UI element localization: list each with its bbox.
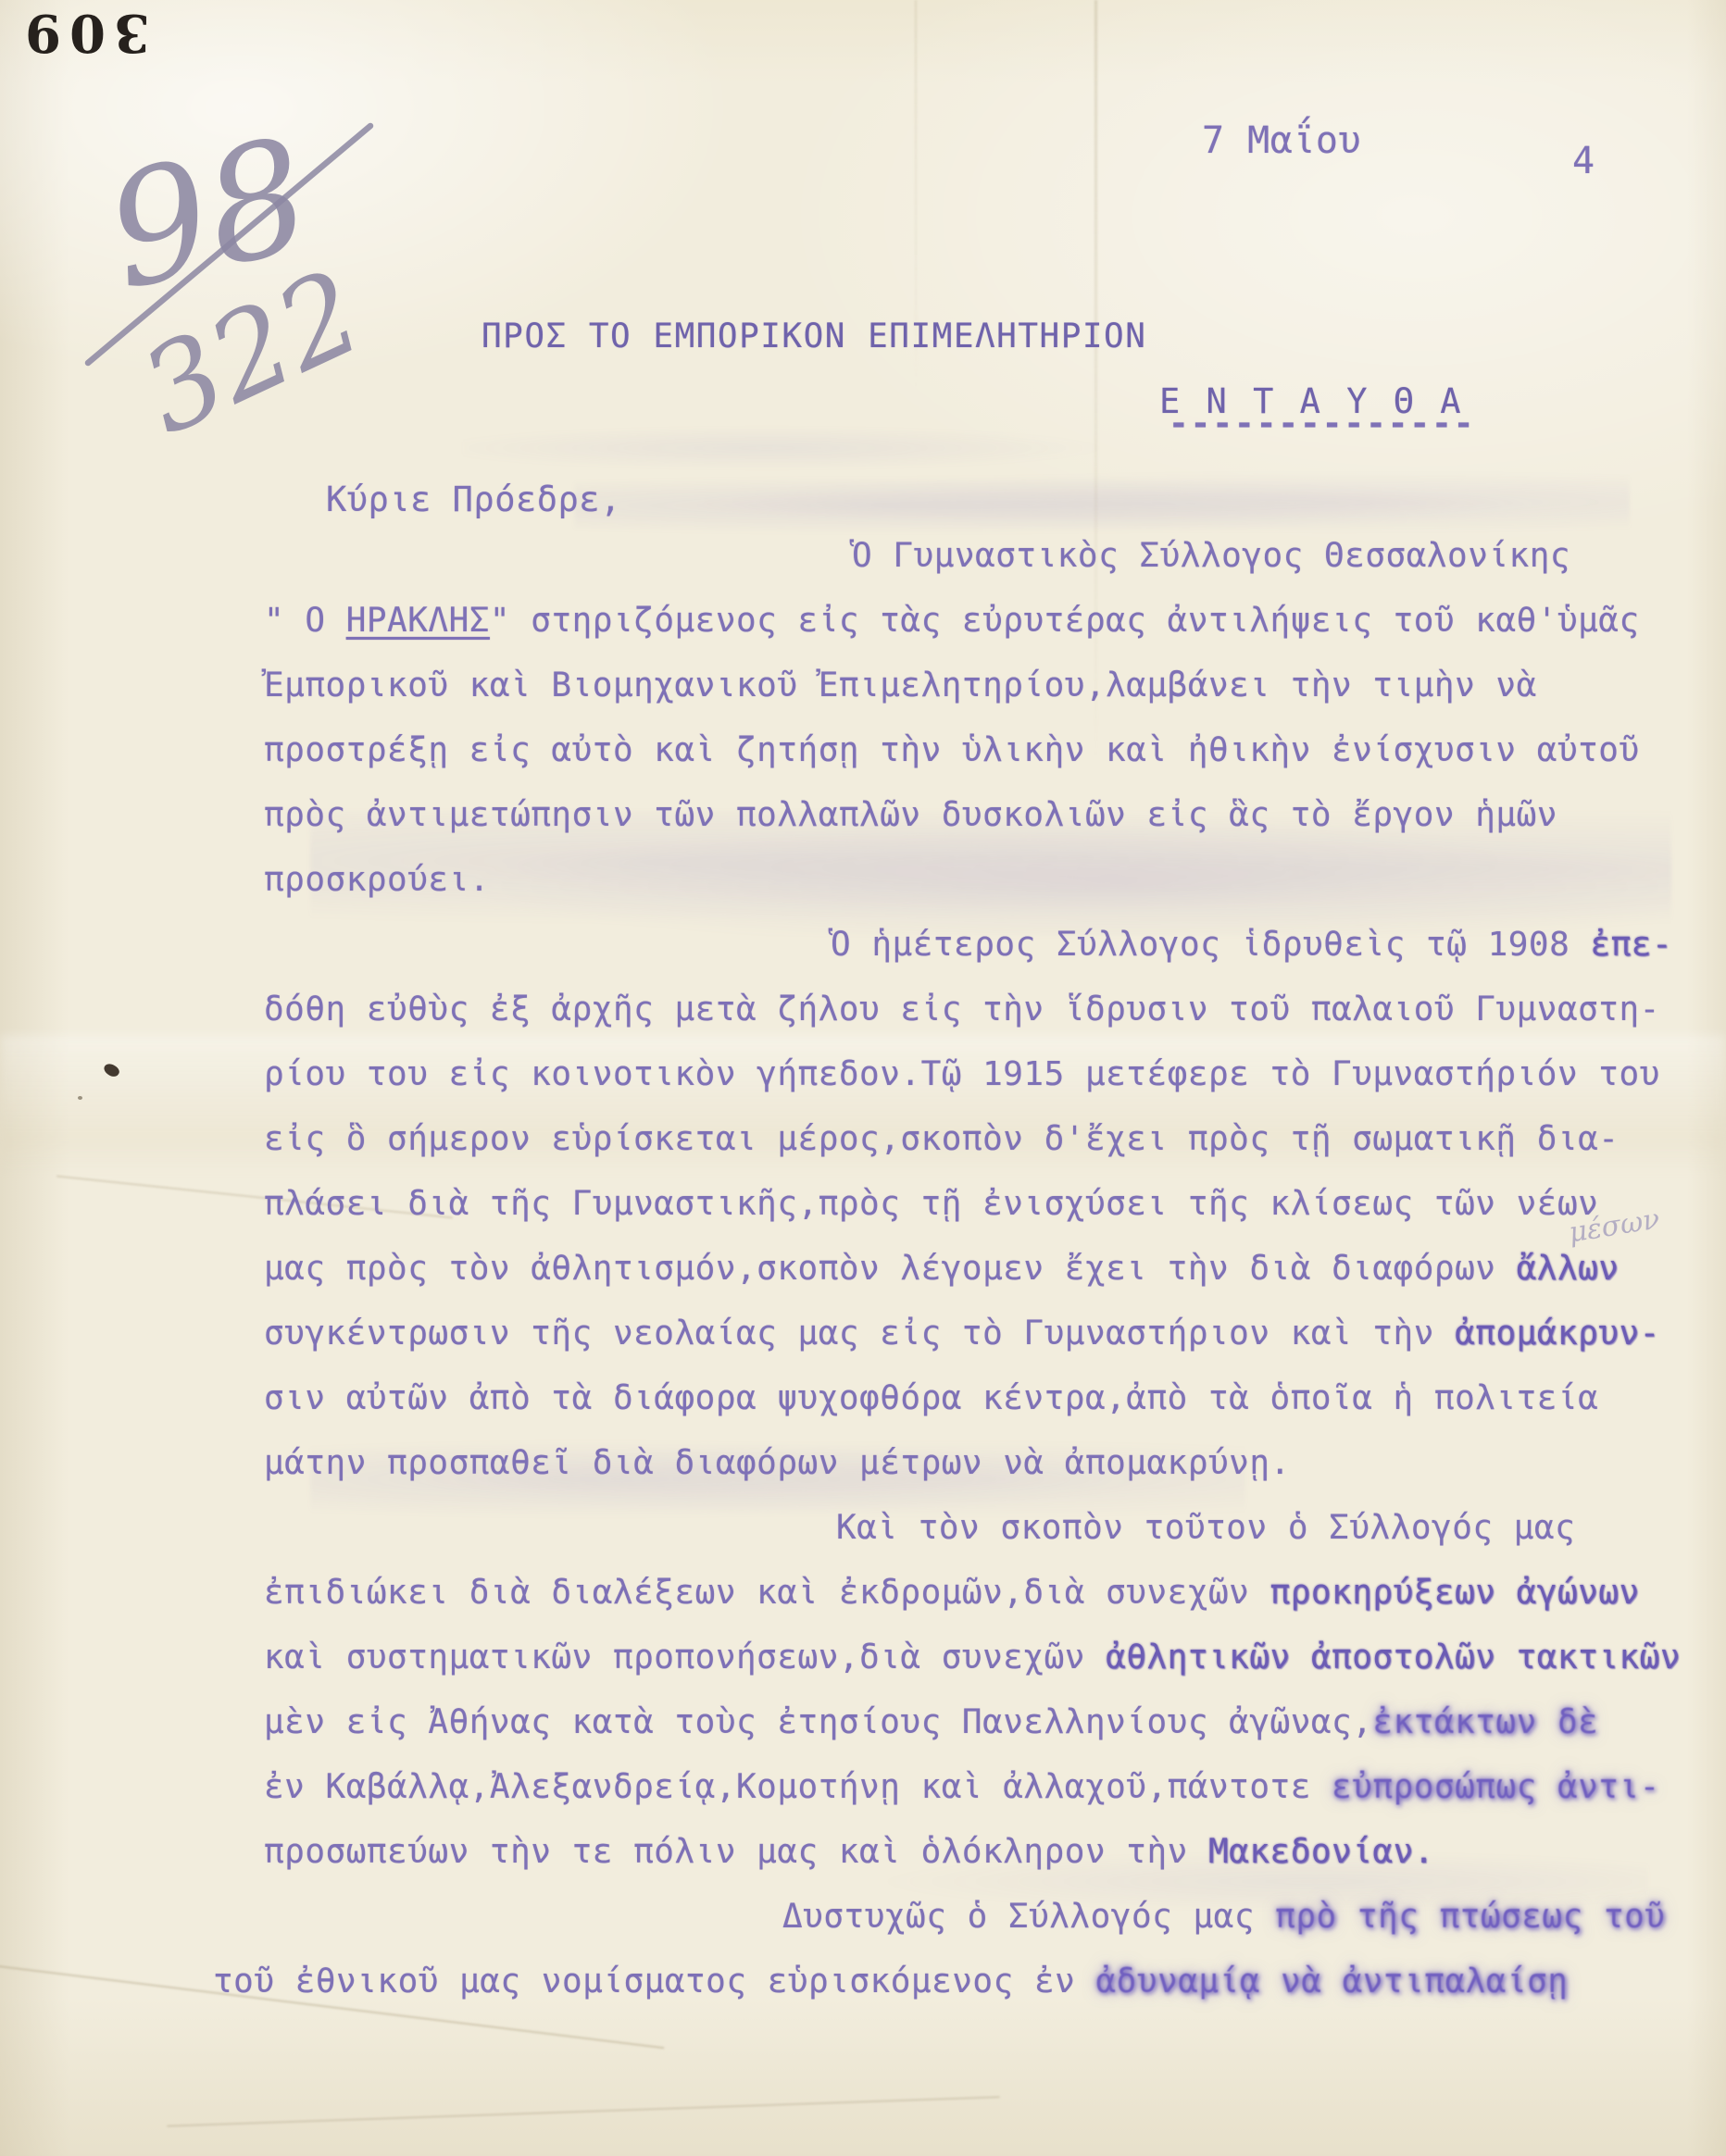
typed-segment: ἀθλητικῶν ἀποστολῶν τακτικῶν: [1106, 1639, 1681, 1676]
typed-segment: προσωπεύων τὴν τε πόλιν μας καὶ ὁλόκληρο…: [264, 1833, 1208, 1871]
date-line: 7 Μαΐου: [1202, 118, 1361, 163]
handwritten-reference: 98 322: [51, 83, 403, 454]
typed-segment: μὲν εἰς Ἀθήνας κατὰ τοὺς ἐτησίους Πανελλ…: [264, 1703, 1372, 1741]
typed-segment: προσκρούει.: [264, 861, 490, 899]
typed-segment: πρὸ τῆς πτώσεως τοῦ: [1275, 1898, 1665, 1936]
typed-line: Ἐμπορικοῦ καὶ Βιομηχανικοῦ Ἐπιμελητηρίου…: [264, 654, 1695, 718]
archive-number-stamp: 309: [17, 4, 150, 61]
typed-segment: Ἐμπορικοῦ καὶ Βιομηχανικοῦ Ἐπιμελητηρίου…: [264, 667, 1537, 704]
typed-line: προστρέξῃ εἰς αὐτὸ καὶ ζητήσῃ τὴν ὑλικὴν…: [264, 718, 1695, 783]
typed-line: τοῦ ἐθνικοῦ μας νομίσματος εὑρισκόμενος …: [213, 1950, 1695, 2014]
typed-line: " Ο ΗΡΑΚΛΗΣ" στηριζόμενος εἰς τὰς εὐρυτέ…: [264, 589, 1695, 654]
typed-line: σιν αὐτῶν ἀπὸ τὰ διάφορα ψυχοφθόρα κέντρ…: [264, 1366, 1695, 1431]
typed-segment: Ὁ ἡμέτερος Σύλλογος ἱδρυθεὶς τῷ 1908: [831, 926, 1590, 964]
ink-speck: [78, 1096, 82, 1100]
typed-segment: ἐπιδιώκει διὰ διαλέξεων καὶ ἐκδρομῶν,διὰ…: [264, 1574, 1270, 1612]
typed-segment: εὐπροσώπως ἀντι-: [1332, 1768, 1660, 1806]
typed-line: προσωπεύων τὴν τε πόλιν μας καὶ ὁλόκληρο…: [264, 1820, 1695, 1885]
typed-line: καὶ συστηματικῶν προπονήσεων,διὰ συνεχῶν…: [264, 1626, 1695, 1690]
page-number: 4: [1572, 139, 1595, 183]
ink-speck: [102, 1061, 121, 1079]
typed-line: προσκρούει.: [264, 848, 1695, 913]
typed-line: ρίου του εἰς κοινοτικὸν γήπεδον.Τῷ 1915 …: [264, 1042, 1695, 1107]
paper-crease: [167, 2096, 1000, 2126]
typed-segment: ἀπομάκρυν-: [1455, 1315, 1660, 1352]
typed-segment: μας πρὸς τὸν ἀθλητισμόν,σκοπὸν λέγομεν ἔ…: [264, 1250, 1517, 1288]
typed-line: μας πρὸς τὸν ἀθλητισμόν,σκοπὸν λέγομεν ἔ…: [264, 1237, 1695, 1302]
typed-segment: " Ο: [264, 602, 346, 640]
typed-segment: καὶ συστηματικῶν προπονήσεων,διὰ συνεχῶν: [264, 1639, 1106, 1676]
typed-segment: πρὸς ἀντιμετώπησιν τῶν πολλαπλῶν δυσκολι…: [264, 796, 1557, 834]
typed-segment: Καὶ τὸν σκοπὸν τοῦτον ὁ Σύλλογός μας: [836, 1509, 1575, 1547]
typed-segment: εἰς ὃ σήμερον εὑρίσκεται μέρος,σκοπὸν δ'…: [264, 1120, 1619, 1158]
typed-line: μάτην προσπαθεῖ διὰ διαφόρων μέτρων νὰ ἀ…: [264, 1431, 1695, 1496]
typed-segment: σιν αὐτῶν ἀπὸ τὰ διάφορα ψυχοφθόρα κέντρ…: [264, 1379, 1598, 1417]
ink-bleedthrough: [463, 424, 1139, 472]
typed-segment: ἄλλων: [1517, 1250, 1620, 1288]
typed-segment: Δυστυχῶς ὁ Σύλλογός μας: [782, 1898, 1275, 1936]
typed-line: εἰς ὃ σήμερον εὑρίσκεται μέρος,σκοπὸν δ'…: [264, 1107, 1695, 1172]
typed-segment: τοῦ ἐθνικοῦ μας νομίσματος εὑρισκόμενος …: [213, 1963, 1095, 2000]
typed-segment: συγκέντρωσιν τῆς νεολαίας μας εἰς τὸ Γυμ…: [264, 1315, 1455, 1352]
typed-segment: προκηρύξεων ἀγώνων: [1270, 1574, 1640, 1612]
typed-segment: " στηριζόμενος εἰς τὰς εὐρυτέρας ἀντιλήψ…: [490, 602, 1640, 640]
typed-line: πρὸς ἀντιμετώπησιν τῶν πολλαπλῶν δυσκολι…: [264, 783, 1695, 848]
location-underline: --------------: [1169, 404, 1475, 443]
letter-body: Ὁ Γυμναστικὸς Σύλλογος Θεσσαλονίκης" Ο Η…: [264, 524, 1695, 2014]
typed-segment: μάτην προσπαθεῖ διὰ διαφόρων μέτρων νὰ ἀ…: [264, 1444, 1291, 1482]
typed-line: συγκέντρωσιν τῆς νεολαίας μας εἰς τὸ Γυμ…: [264, 1302, 1695, 1366]
salutation: Κύριε Πρόεδρε,: [326, 480, 621, 520]
typed-line: δόθη εὐθὺς ἐξ ἀρχῆς μετὰ ζήλου εἰς τὴν ἵ…: [264, 978, 1695, 1042]
document-page: 309 98 322 7 Μαΐου 4 ΠΡΟΣ ΤΟ ΕΜΠΟΡΙΚΟΝ Ε…: [0, 0, 1726, 2156]
typed-segment: δόθη εὐθὺς ἐξ ἀρχῆς μετὰ ζήλου εἰς τὴν ἵ…: [264, 991, 1660, 1028]
typed-line: Ὁ ἡμέτερος Σύλλογος ἱδρυθεὶς τῷ 1908 ἐπε…: [264, 913, 1695, 978]
typed-line: Δυστυχῶς ὁ Σύλλογός μας πρὸ τῆς πτώσεως …: [264, 1885, 1695, 1950]
typed-segment: Ὁ Γυμναστικὸς Σύλλογος Θεσσαλονίκης: [852, 537, 1570, 575]
typed-segment: ρίου του εἰς κοινοτικὸν γήπεδον.Τῷ 1915 …: [264, 1055, 1660, 1093]
typed-line: ἐπιδιώκει διὰ διαλέξεων καὶ ἐκδρομῶν,διὰ…: [264, 1561, 1695, 1626]
typed-segment: ἐν Καβάλλᾳ,Ἀλεξανδρείᾳ,Κομοτήνῃ καὶ ἀλλα…: [264, 1768, 1332, 1806]
typed-segment: ἐκτάκτων δὲ: [1372, 1703, 1598, 1741]
typed-line: πλάσει διὰ τῆς Γυμναστικῆς,πρὸς τῇ ἐνισχ…: [264, 1172, 1695, 1237]
typed-line: Καὶ τὸν σκοπὸν τοῦτον ὁ Σύλλογός μας: [264, 1496, 1695, 1561]
typed-segment: ΗΡΑΚΛΗΣ: [346, 602, 490, 640]
typed-line: ἐν Καβάλλᾳ,Ἀλεξανδρείᾳ,Κομοτήνῃ καὶ ἀλλα…: [264, 1755, 1695, 1820]
typed-segment: Μακεδονίαν.: [1208, 1833, 1434, 1871]
typed-segment: πλάσει διὰ τῆς Γυμναστικῆς,πρὸς τῇ ἐνισχ…: [264, 1185, 1598, 1223]
typed-segment: ἐπε-: [1590, 926, 1672, 964]
typed-line: Ὁ Γυμναστικὸς Σύλλογος Θεσσαλονίκης: [264, 524, 1695, 589]
typed-line: μὲν εἰς Ἀθήνας κατὰ τοὺς ἐτησίους Πανελλ…: [264, 1690, 1695, 1755]
typed-segment: προστρέξῃ εἰς αὐτὸ καὶ ζητήσῃ τὴν ὑλικὴν…: [264, 731, 1640, 769]
typed-segment: ἀδυναμίᾳ νὰ ἀντιπαλαίσῃ: [1095, 1963, 1568, 2000]
recipient-heading: ΠΡΟΣ ΤΟ ΕΜΠΟΡΙΚΟΝ ΕΠΙΜΕΛΗΤΗΡΙΟΝ: [482, 317, 1146, 356]
